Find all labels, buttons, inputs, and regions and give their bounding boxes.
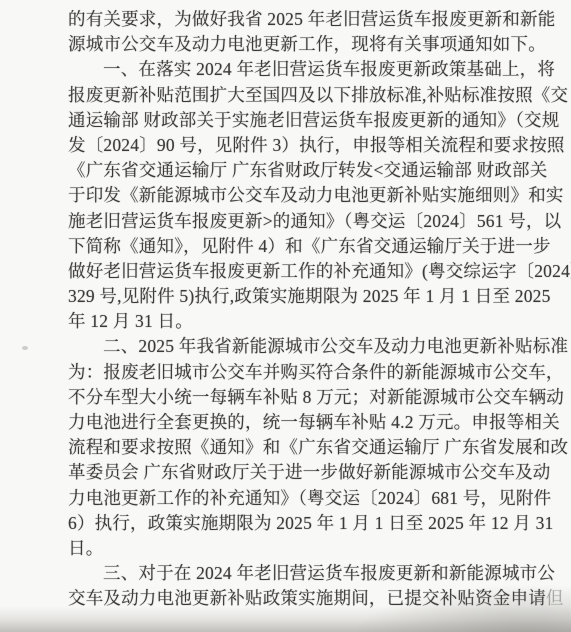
text-line: 于印发《新能源城市公交车及动力电池更新补贴实施细则》和实 — [68, 183, 508, 208]
document-text-block: 的有关要求，为做好我省 2025 年老旧营运货车报废更新和新能 源城市公交车及动… — [68, 7, 508, 612]
text-line: 下简称《通知》，见附件 4）和《广东省交通运输厅关于进一步 — [68, 234, 508, 259]
photo-speck — [22, 346, 28, 350]
text-line: 施老旧营运货车报废更新>的通知》（粤交运〔2024〕561 号，以 — [68, 209, 508, 234]
text-line: 的有关要求，为做好我省 2025 年老旧营运货车报废更新和新能 — [68, 7, 508, 32]
text-line: 流程和要求按照《通知》和《广东省交通运输厅 广东省发展和改 — [68, 435, 508, 460]
text-line: 发〔2024〕90 号，见附件 3）执行，申报等相关流程和要求按照 — [68, 133, 508, 158]
text-line-last: 交车及动力电池更新补贴政策实施期间，已提交补贴资金申请但 — [68, 586, 508, 611]
text-line: 《广东省交通运输厅 广东省财政厅转发<交通运输部 财政部关 — [68, 158, 508, 183]
text-line: 力电池更新工作的补充通知》（粤交运〔2024〕681 号，见附件 — [68, 486, 508, 511]
text-line-last-faded-char: 但 — [546, 588, 564, 608]
text-line-section-1: 一、在落实 2024 年老旧营运货车报废更新政策基础上，将 — [68, 57, 508, 82]
text-line: 报废更新补贴范围扩大至国四及以下排放标准,补贴标准按照《交 — [68, 83, 508, 108]
text-line: 6）执行，政策实施期限为 2025 年 1 月 1 日至 2025 年 12 月… — [68, 511, 508, 536]
text-line-section-3: 三、对于在 2024 年老旧营运货车报废更新和新能源城市公 — [68, 561, 508, 586]
text-line-section-2: 二、2025 年我省新能源城市公交车及动力电池更新补贴标准 — [68, 334, 508, 359]
text-line: 通运输部 财政部关于实施老旧营运货车报废更新的通知》（交规 — [68, 108, 508, 133]
text-line: 日。 — [68, 536, 508, 561]
document-page: 的有关要求，为做好我省 2025 年老旧营运货车报废更新和新能 源城市公交车及动… — [0, 0, 571, 632]
text-line: 年 12 月 31 日。 — [68, 309, 508, 334]
text-line: 329 号,见附件 5)执行,政策实施期限为 2025 年 1 月 1 日至 2… — [68, 284, 508, 309]
text-line: 力电池进行全套更换的，统一每辆车补贴 4.2 万元。申报等相关 — [68, 410, 508, 435]
text-line: 为：报废老旧城市公交车并购买符合条件的新能源城市公交车， — [68, 360, 508, 385]
text-line-last-main: 交车及动力电池更新补贴政策实施期间，已提交补贴资金申请 — [68, 588, 546, 608]
text-line: 源城市公交车及动力电池更新工作，现将有关事项通知如下。 — [68, 32, 508, 57]
text-line: 做好老旧营运货车报废更新工作的补充通知》(粤交综运字〔2024〕 — [68, 259, 508, 284]
text-line: 不分车型大小统一每辆车补贴 8 万元；对新能源城市公交车辆动 — [68, 385, 508, 410]
text-line: 革委员会 广东省财政厅关于进一步做好新能源城市公交车及动 — [68, 460, 508, 485]
